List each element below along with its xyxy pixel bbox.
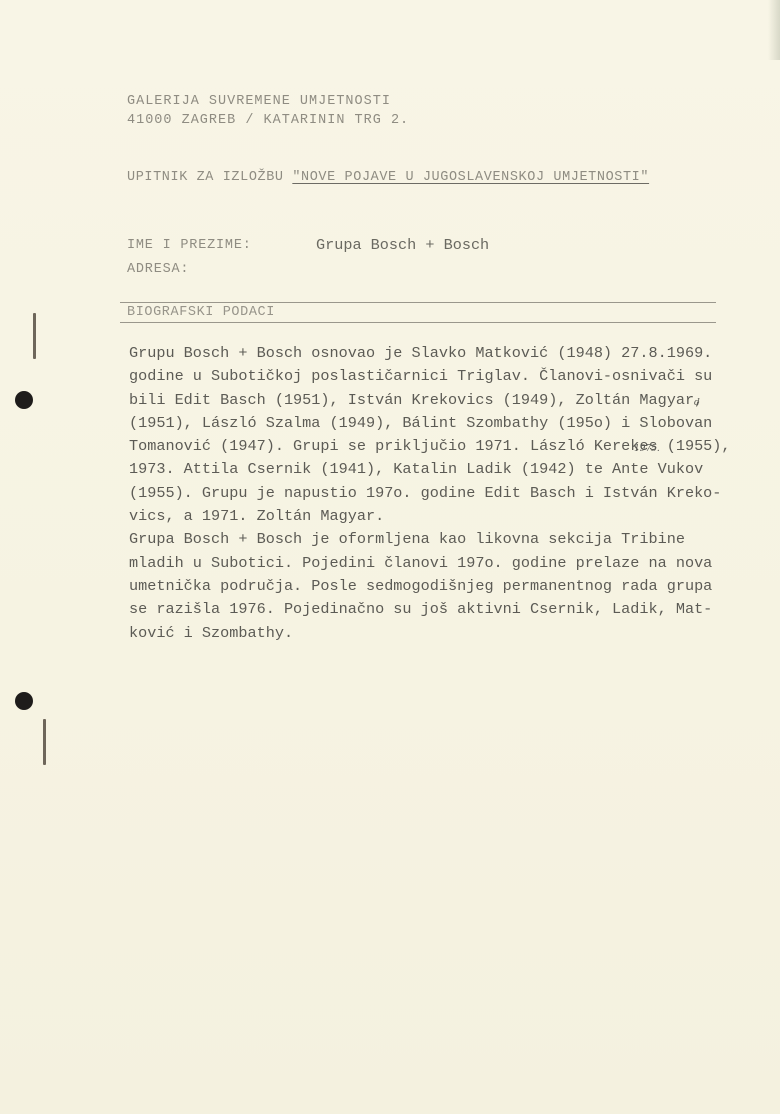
exhibition-name: "NOVE POJAVE U JUGOSLAVENSKOJ UMJETNOSTI…	[292, 170, 649, 185]
handwritten-year: 1975.	[634, 444, 660, 454]
address-label: ADRESA:	[127, 262, 189, 277]
institution-name: GALERIJA SUVREMENE UMJETNOSTI	[127, 94, 391, 109]
text-line: Grupu Bosch + Bosch osnovao je Slavko Ma…	[129, 342, 731, 365]
text-line: bili Edit Basch (1951), István Krekovics…	[129, 389, 731, 412]
name-label: IME I PREZIME:	[127, 238, 252, 253]
text-line: se razišla 1976. Pojedinačno su još akti…	[129, 598, 731, 621]
name-value: Grupa Bosch + Bosch	[316, 236, 489, 254]
section-rule-top	[120, 302, 716, 303]
text-line: (1955). Grupu je napustio 197o. godine E…	[129, 482, 731, 505]
text-line: godine u Subotičkoj poslastičarnici Trig…	[129, 365, 731, 388]
text-line: umetnička područja. Posle sedmogodišnjeg…	[129, 575, 731, 598]
staple-mark	[33, 313, 36, 359]
institution-address: 41000 ZAGREB / KATARININ TRG 2.	[127, 113, 409, 128]
handwritten-correction: d	[694, 398, 700, 408]
questionnaire-title: UPITNIK ZA IZLOŽBU "NOVE POJAVE U JUGOSL…	[127, 170, 649, 185]
text-line: mladih u Subotici. Pojedini članovi 197o…	[129, 552, 731, 575]
punch-hole	[15, 692, 33, 710]
text-line: 1973. Attila Csernik (1941), Katalin Lad…	[129, 458, 731, 481]
section-title: BIOGRAFSKI PODACI	[127, 305, 275, 320]
text-line: (1951), László Szalma (1949), Bálint Szo…	[129, 412, 731, 435]
biography-text: Grupu Bosch + Bosch osnovao je Slavko Ma…	[129, 342, 731, 645]
text-line: vics, a 1971. Zoltán Magyar.	[129, 505, 731, 528]
punch-hole	[15, 391, 33, 409]
page-edge-shadow	[768, 0, 780, 60]
questionnaire-prefix: UPITNIK ZA IZLOŽBU	[127, 170, 292, 185]
document-page: GALERIJA SUVREMENE UMJETNOSTI 41000 ZAGR…	[0, 0, 780, 1114]
section-rule-bottom	[120, 322, 716, 323]
staple-mark	[43, 719, 46, 765]
text-line: Grupa Bosch + Bosch je oformljena kao li…	[129, 528, 731, 551]
text-line: ković i Szombathy.	[129, 622, 731, 645]
